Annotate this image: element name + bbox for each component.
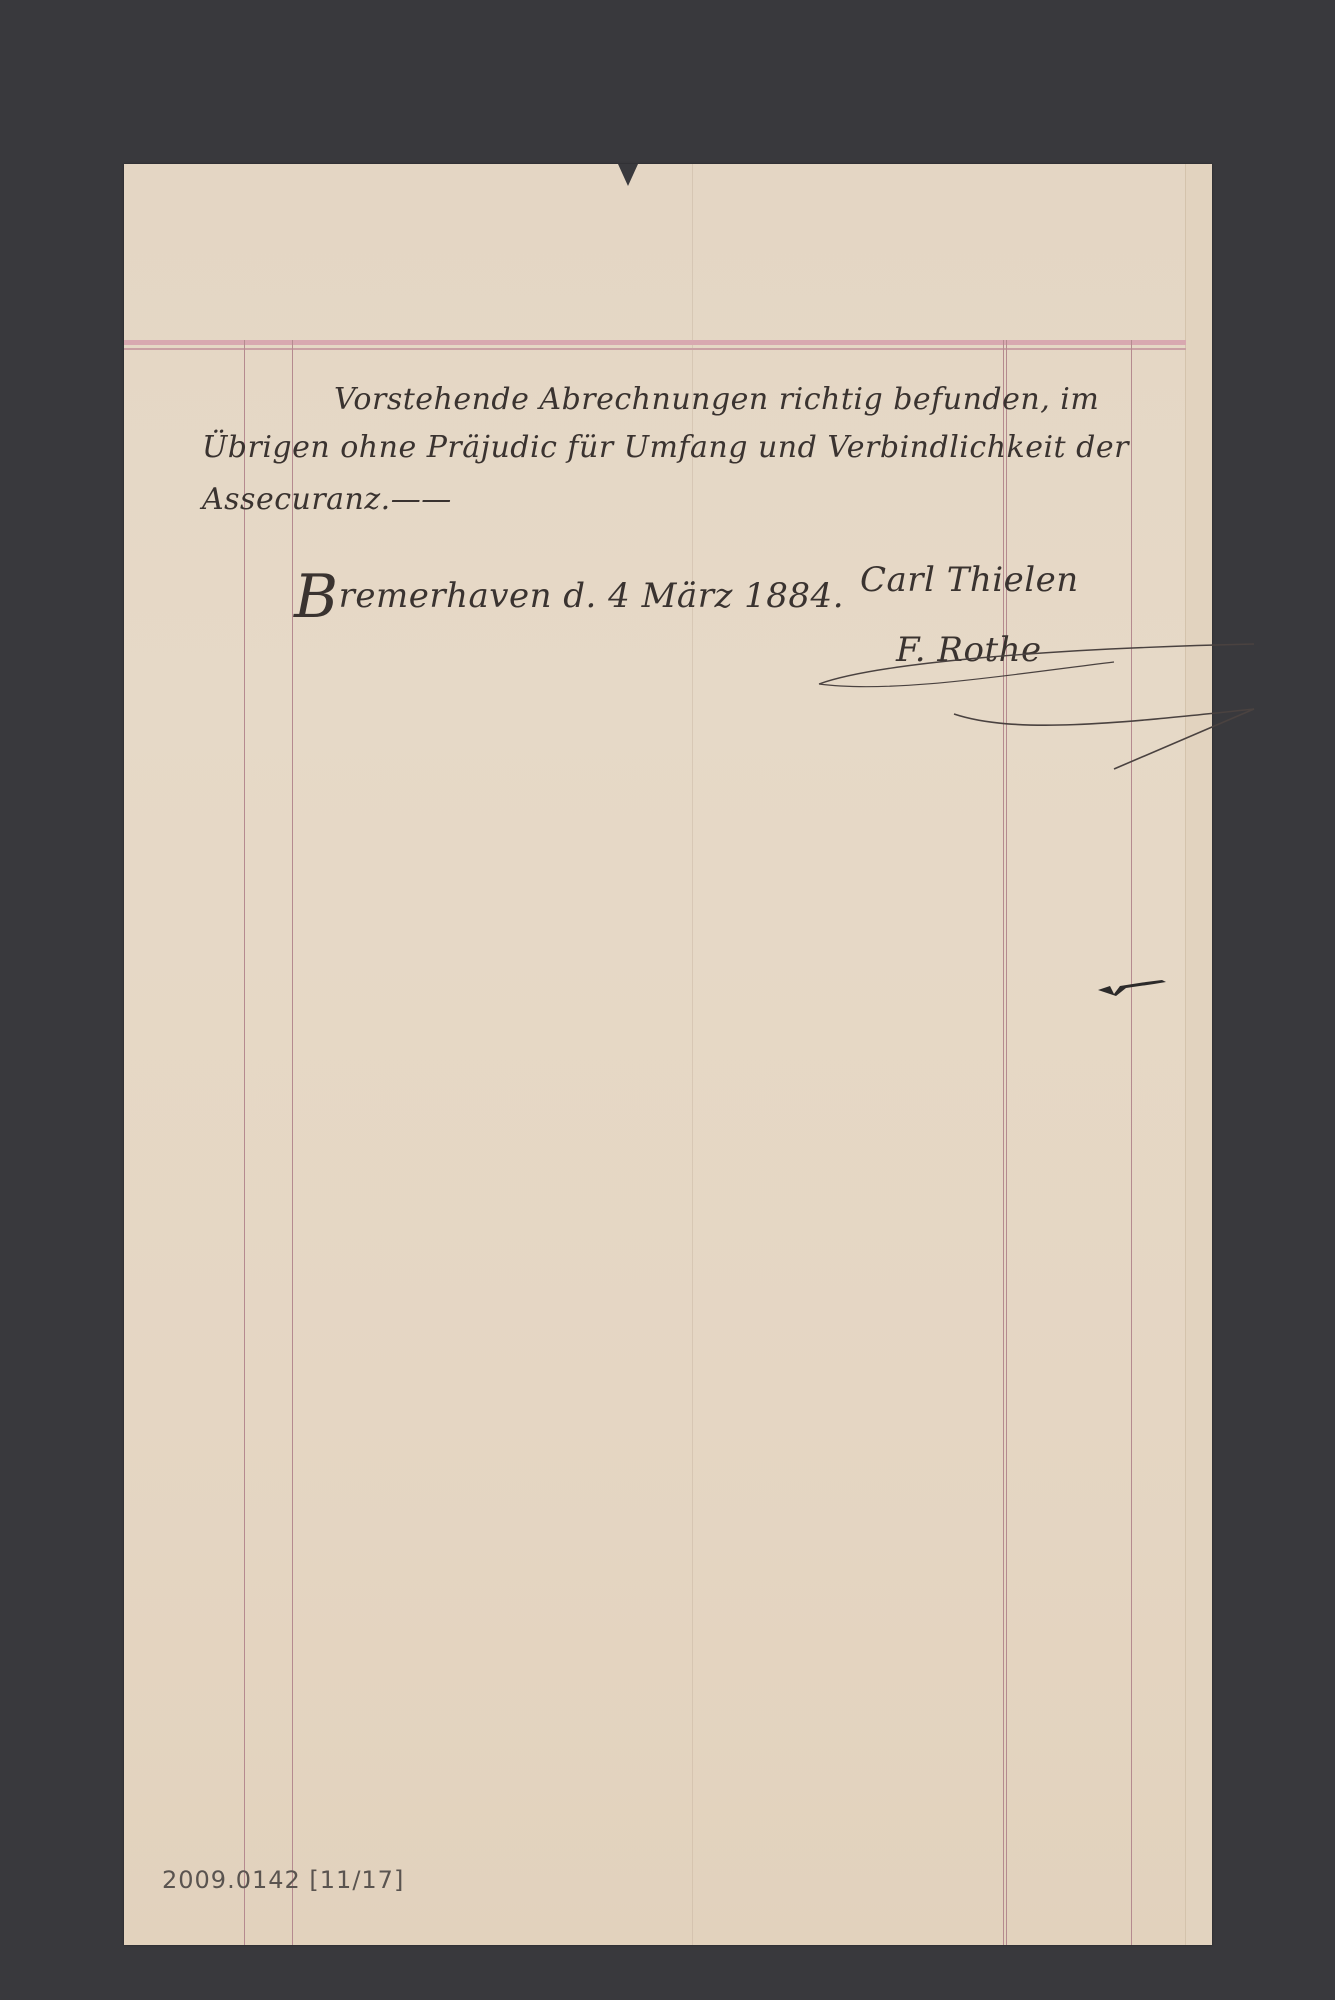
place-initial: B: [294, 562, 339, 632]
margin-rule-left-2: [292, 340, 293, 1945]
document-page: Vorstehende Abrechnungen richtig befunde…: [124, 164, 1212, 1945]
margin-rule-left-1: [244, 340, 245, 1945]
folded-edge-strip: [1185, 164, 1212, 1945]
column-rule-right-2: [1131, 340, 1132, 1945]
signature-primary: Carl Thielen: [860, 560, 1079, 600]
place-and-date: Bremerhaven d. 4 März 1884.: [294, 562, 844, 632]
signature-flourish-icon: [814, 604, 1264, 774]
text-line-1: Vorstehende Abrechnungen richtig befunde…: [334, 382, 1099, 417]
header-red-rule: [124, 340, 1186, 345]
top-tear: [618, 164, 638, 186]
header-red-rule-secondary: [124, 348, 1186, 350]
archive-reference-label: 2009.0142 [11/17]: [162, 1866, 404, 1894]
place-date-text: remerhaven d. 4 März 1884.: [339, 576, 844, 616]
text-line-3: Assecuranz.——: [202, 482, 452, 517]
text-line-2: Übrigen ohne Präjudic für Umfang und Ver…: [202, 430, 1129, 465]
paper-damage-hole-icon: [1096, 974, 1176, 1004]
